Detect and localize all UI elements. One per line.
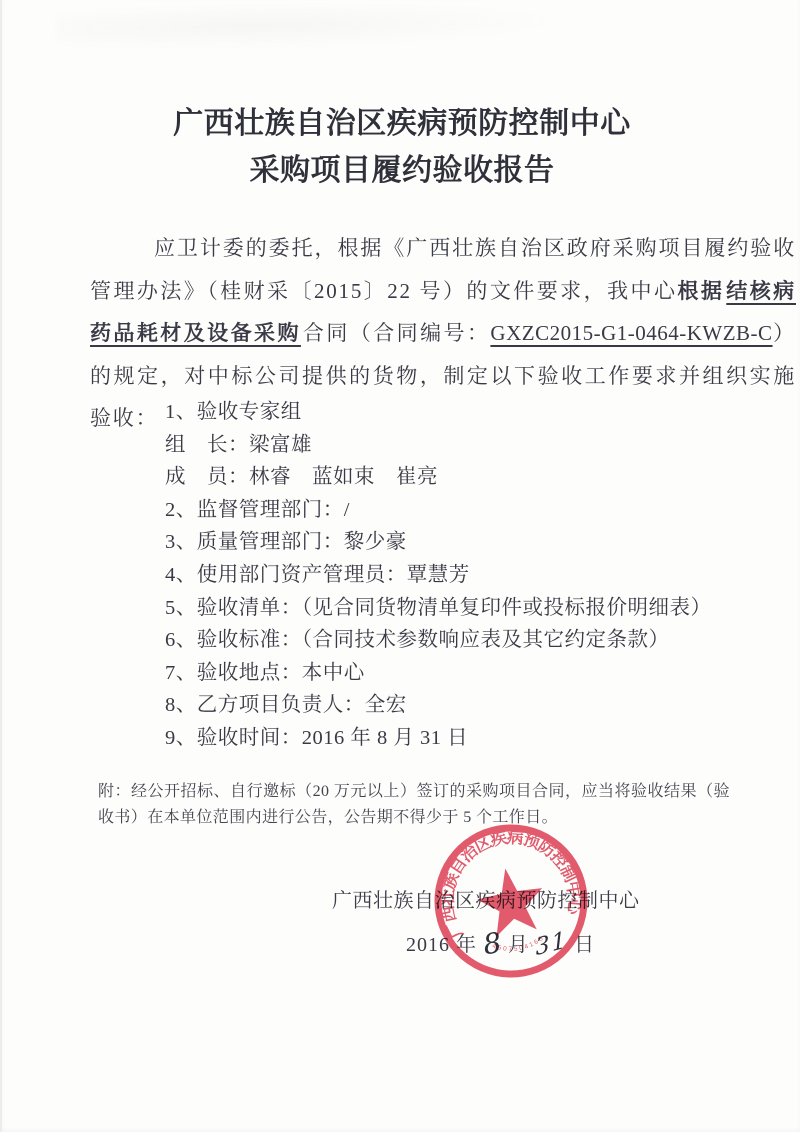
list-item-expert-group: 1、验收专家组 [165, 396, 765, 429]
list-item-acceptance-location: 7、验收地点：本中心 [165, 657, 765, 690]
list-item-acceptance-standard: 6、验收标准：（合同技术参数响应表及其它约定条款） [165, 624, 765, 657]
seal-ring-text-holder: 广西壮族自治区疾病预防控制中心 [426, 815, 589, 943]
document-title: 广西壮族自治区疾病预防控制中心 采购项目履约验收报告 [2, 100, 800, 194]
signature-organization: 广西壮族自治区疾病预防控制中心 [332, 884, 640, 913]
intro-text-2: 合同（合同编号： [303, 321, 490, 345]
signature-month-label: 月 [508, 934, 529, 956]
list-item-vendor-manager: 8、乙方项目负责人：全宏 [165, 689, 765, 722]
footnote: 附：经公开招标、自行邀标（20 万元以上）签订的采购项目合同，应当将验收结果（验… [98, 779, 730, 831]
list-item-group-leader: 组 长：梁富雄 [165, 429, 765, 462]
signature-date: 2016 年 8 月 31 日 [406, 925, 595, 958]
signature-day-label: 日 [574, 934, 595, 956]
document-title-line2: 采购项目履约验收报告 [2, 147, 800, 194]
handwritten-month: 8 [481, 926, 504, 961]
list-item-asset-manager: 4、使用部门资产管理员：覃慧芳 [165, 559, 765, 592]
intro-emphasis: 根据 [677, 279, 724, 303]
list-item-group-members: 成 员：林睿 蓝如束 崔亮 [165, 461, 765, 494]
contract-number: GXZC2015-G1-0464-KWZB-C [490, 321, 772, 345]
list-item-acceptance-checklist: 5、验收清单：（见合同货物清单复印件或投标报价明细表） [165, 592, 765, 625]
document-title-line1: 广西壮族自治区疾病预防控制中心 [2, 100, 800, 147]
handwritten-day: 31 [534, 927, 568, 961]
list-item-acceptance-date: 9、验收时间：2016 年 8 月 31 日 [165, 722, 765, 755]
scanned-document-page: 广西壮族自治区疾病预防控制中心 采购项目履约验收报告 应卫计委的委托，根据《广西… [0, 0, 800, 1132]
list-item-supervision-dept: 2、监督管理部门：/ [165, 494, 765, 527]
list-item-quality-dept: 3、质量管理部门：黎少豪 [165, 526, 765, 559]
scan-smudge-artifact [57, 0, 548, 50]
seal-ring-text: 广西壮族自治区疾病预防控制中心 [426, 815, 589, 943]
signature-year: 2016 年 [406, 934, 477, 956]
acceptance-requirements-list: 1、验收专家组 组 长：梁富雄 成 员：林睿 蓝如束 崔亮 2、监督管理部门：/… [165, 396, 765, 755]
